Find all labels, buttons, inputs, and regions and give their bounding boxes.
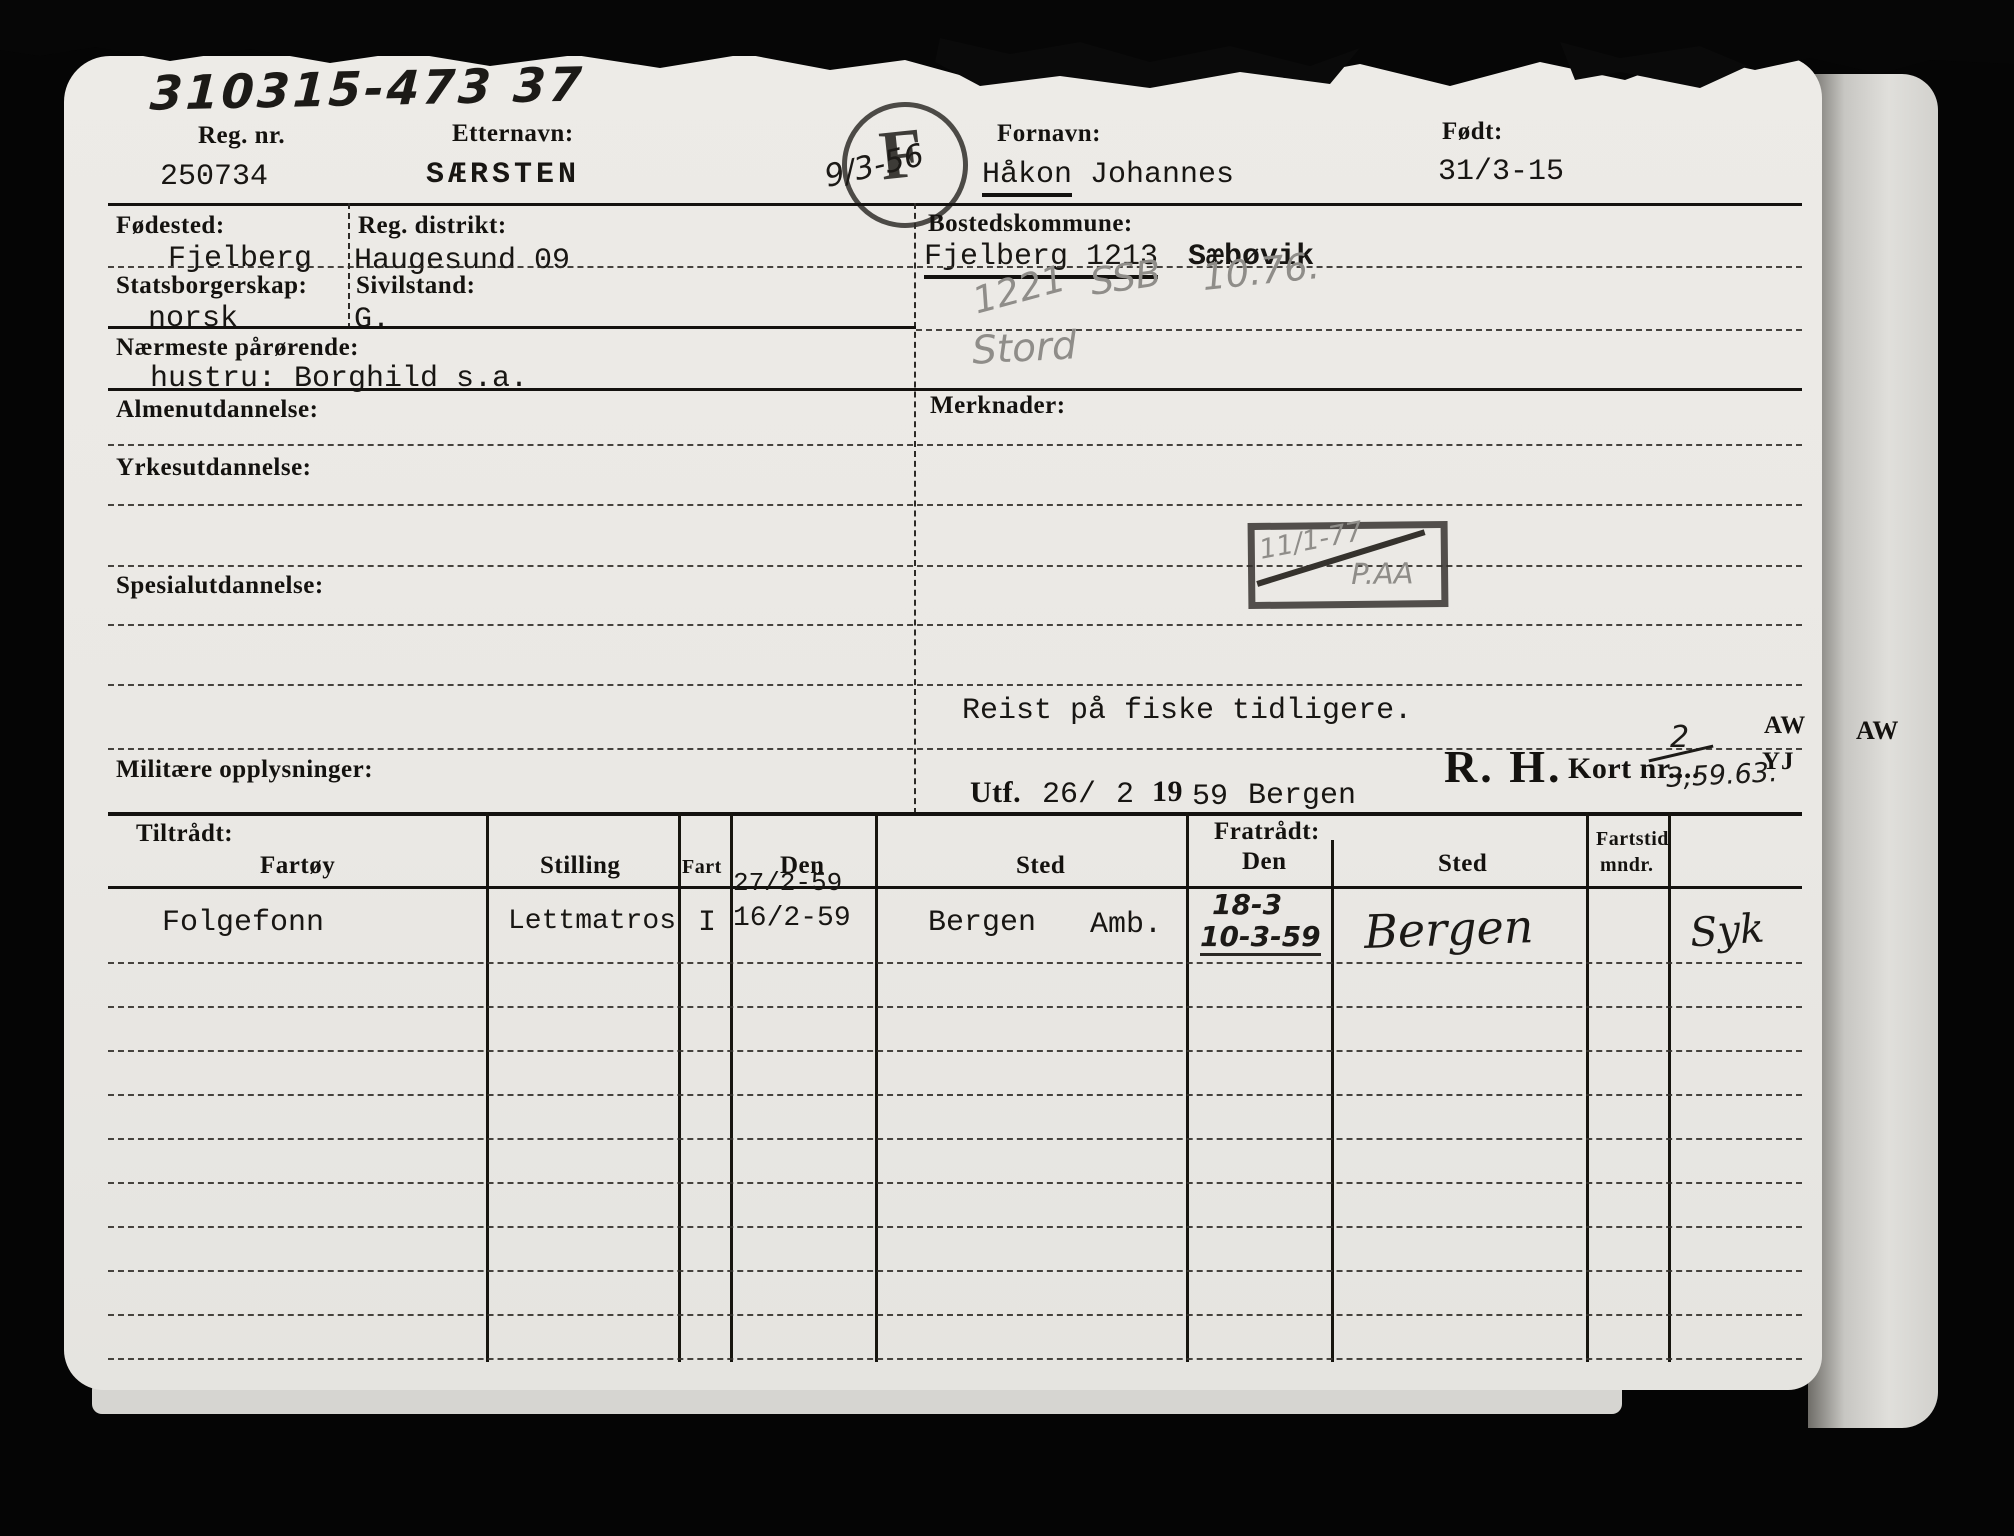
row-sted-amb: Amb.: [1090, 908, 1162, 942]
rule: [875, 812, 878, 1362]
utf-year: 59: [1192, 780, 1228, 814]
row-fart: I: [698, 906, 716, 940]
rule: [108, 1226, 1802, 1228]
utf-day: 26/: [1042, 778, 1096, 812]
rule: [486, 812, 489, 1362]
rule: [1668, 812, 1671, 1362]
row-fra-sted: Bergen: [1363, 899, 1534, 959]
utf-century: 19: [1152, 775, 1183, 809]
rule: [108, 388, 1802, 391]
rule: [108, 504, 1802, 506]
rule: [108, 326, 916, 329]
rule: [108, 1006, 1802, 1008]
rule: [1186, 812, 1189, 1362]
etternavn-label: Etternavn:: [452, 120, 574, 148]
rule: [108, 624, 1802, 626]
rule: [108, 962, 1802, 964]
col-sted: Sted: [1016, 852, 1065, 880]
reg-nr-value: 250734: [160, 160, 268, 194]
row-fra-den-line2: 10-3-59: [1200, 920, 1321, 956]
merknad-text: Reist på fiske tidligere.: [962, 694, 1412, 728]
col-stilling: Stilling: [540, 852, 620, 880]
statsborgerskap-label: Statsborgerskap:: [116, 272, 307, 300]
almenutdannelse-label: Almenutdannelse:: [116, 396, 318, 424]
col-den2: Den: [1242, 848, 1287, 876]
pencil-stord: Stord: [971, 323, 1078, 373]
initials-yj: YJ: [1762, 748, 1795, 776]
row-fra-den-line1: 18-3: [1212, 888, 1282, 921]
handwritten-archive-number: 310315-473 37: [149, 57, 586, 121]
rule: [108, 444, 1802, 446]
row-den-line2: 16/2-59: [733, 903, 851, 934]
tiltradt-label: Tiltrådt:: [136, 820, 233, 848]
stamp-box-signature: P.AA: [1351, 556, 1414, 591]
rule: [108, 1182, 1802, 1184]
col-mndr: mndr.: [1600, 854, 1653, 877]
fodested-label: Fødested:: [116, 212, 225, 240]
col-fartoy: Fartøy: [260, 852, 335, 880]
col-sted2: Sted: [1438, 850, 1487, 878]
fornavn-first: Håkon: [982, 158, 1072, 197]
rh-stamp: R. H.: [1444, 740, 1563, 793]
row-sted: Bergen: [928, 906, 1036, 940]
card-content: 310315-473 37 Reg. nr. 250734 Etternavn:…: [0, 0, 2014, 1536]
fodt-label: Født:: [1442, 118, 1503, 146]
fodt-value: 31/3-15: [1438, 155, 1564, 189]
reg-nr-label: Reg. nr.: [198, 122, 285, 150]
sivilstand-label: Sivilstand:: [356, 272, 475, 300]
fodested-value: Fjelberg: [168, 242, 312, 276]
utf-label: Utf.: [970, 776, 1021, 810]
row-merknad-syk: Syk: [1688, 905, 1765, 956]
col-fartstid: Fartstid: [1596, 828, 1669, 851]
row-stilling: Lettmatros: [508, 906, 676, 937]
rule: [1586, 812, 1589, 1362]
pencil-ssb: SSB: [1087, 251, 1163, 303]
statsborgerskap-value: norsk: [148, 302, 238, 336]
merknader-label: Merknader:: [930, 392, 1066, 420]
fratradt-label: Fratrådt:: [1214, 818, 1320, 846]
rule: [108, 1094, 1802, 1096]
sivilstand-value: G.: [354, 303, 390, 337]
rule: [108, 1358, 1802, 1360]
yrkesutdannelse-label: Yrkesutdannelse:: [116, 454, 312, 482]
rule: [108, 886, 1802, 889]
bostedskommune-label: Bostedskommune:: [928, 210, 1133, 238]
fornavn-label: Fornavn:: [997, 120, 1101, 148]
rule: [108, 812, 1802, 816]
rule: [108, 266, 1802, 268]
rule: [108, 203, 1802, 206]
reg-distrikt-label: Reg. distrikt:: [358, 212, 507, 240]
parorende-label: Nærmeste pårørende:: [116, 334, 359, 362]
scanned-register-card-page: AW 310315-473 37 Reg. nr. 250734 Etterna…: [0, 0, 2014, 1536]
col-fart: Fart: [682, 856, 722, 879]
cancellation-stamp-box: 11/1-77 P.AA: [1248, 521, 1449, 609]
initials-aw: AW: [1764, 712, 1806, 740]
row-fartoy: Folgefonn: [162, 906, 324, 940]
utf-place: Bergen: [1248, 779, 1356, 813]
fornavn-value: Håkon Johannes: [982, 158, 1234, 192]
fornavn-rest: Johannes: [1090, 158, 1234, 192]
rule: [108, 1314, 1802, 1316]
rule: [108, 565, 1802, 567]
rule: [108, 1270, 1802, 1272]
etternavn-value: SÆRSTEN: [426, 158, 580, 192]
utf-month: 2: [1116, 778, 1134, 812]
militaere-label: Militære opplysninger:: [116, 756, 373, 784]
rule: [914, 203, 916, 814]
rule: [1331, 840, 1334, 1362]
rule: [108, 1050, 1802, 1052]
row-den-line1: 27/2-59: [733, 868, 842, 898]
rule: [108, 684, 1802, 686]
rule: [108, 1138, 1802, 1140]
rule: [678, 812, 681, 1362]
spesialutdannelse-label: Spesialutdannelse:: [116, 572, 324, 600]
